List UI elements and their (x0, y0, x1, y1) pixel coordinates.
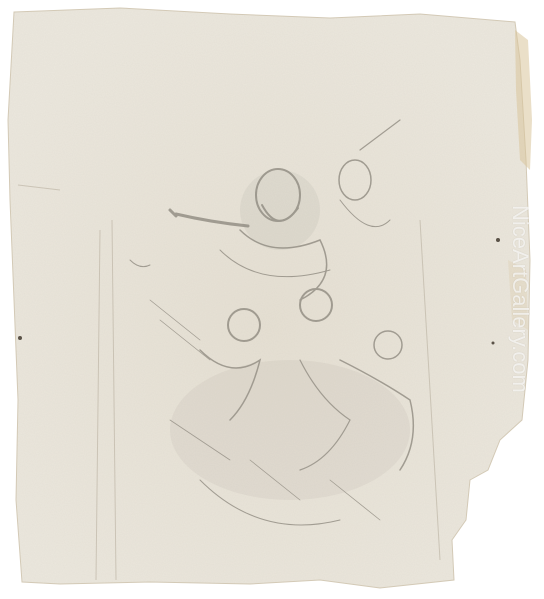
sketch-drawing (0, 0, 544, 599)
watermark-text: NiceArtGallery.com (505, 205, 535, 395)
artwork-image: NiceArtGallery.com (0, 0, 544, 599)
